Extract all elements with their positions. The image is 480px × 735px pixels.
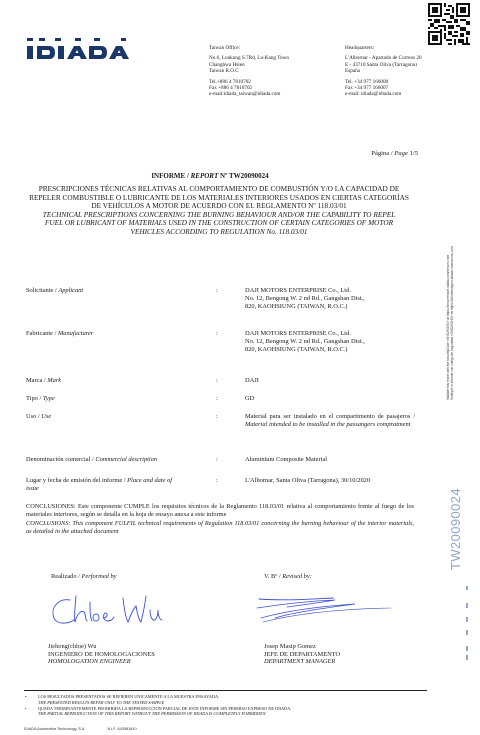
value-line: No. 12, Bengong W. 2 nd Rd., Gangshan Di…	[245, 295, 415, 303]
field-colon: :	[216, 477, 218, 485]
email-link[interactable]: e-mail: idiada@idiada.com	[345, 91, 422, 97]
field-label: Tipo / Type	[26, 395, 216, 403]
field-colon: :	[216, 456, 218, 464]
headquarters-label: Headquarters:	[345, 45, 422, 51]
signer-title-es: INGENIERO DE HOMOLOGACIONES	[48, 651, 155, 659]
bullet-icon: •	[25, 694, 27, 700]
performed-by-label: Realizado / Performed by	[51, 573, 117, 580]
value-line: 820, KAOHSIUNG (TAIWAN, R.O.C.)	[245, 303, 415, 311]
taiwan-office-address: No.6, Lunkung S.7Rd, Lu-Kang Town Changh…	[209, 55, 289, 74]
report-label-en: REPORT	[191, 172, 219, 180]
value-line: GD	[245, 395, 415, 403]
field-value: DAJI MOTORS ENTERPRISE Co., Ltd. No. 12,…	[245, 330, 415, 355]
field-label: Solicitante / Applicant	[26, 287, 216, 295]
taiwan-office-block: Taiwan Office: No.6, Lunkung S.7Rd, Lu-K…	[209, 45, 289, 98]
revised-by-person: Josep Masip Gomez JEFE DE DEPARTAMENTO D…	[264, 643, 340, 666]
label-es: Fabricante /	[26, 330, 58, 337]
side-idiada-logo	[448, 585, 468, 660]
label-en: Commercial description	[95, 456, 157, 463]
revised-signature-image	[255, 596, 395, 626]
prescriptions-en: TECHNICAL PRESCRIPTIONS CONCERNING THE B…	[20, 211, 418, 237]
address-line: No.6, Lunkung S.7Rd, Lu-Kang Town	[209, 55, 289, 61]
headquarters-block: Headquarters: L'Albornar - Apartado de C…	[345, 45, 422, 98]
performed-signature-image	[48, 590, 178, 630]
field-label: Lugar y fecha de emisión del informe / P…	[26, 477, 176, 493]
qr-code-icon[interactable]	[428, 3, 470, 45]
value-line: 820, KAOHSIUNG (TAIWAN, R.O.C.)	[245, 346, 415, 354]
value-line: DAJI	[245, 377, 415, 385]
field-value: Material para ser instalado en el compar…	[245, 413, 415, 429]
note-item: • QUEDA TERMINANTEMENTE PROHIBIDA LA REP…	[24, 706, 429, 718]
conclusions: CONCLUSIONES: Este componente CUMPLE los…	[26, 503, 414, 536]
signer-name: Jiehong(chloe) Wu	[48, 643, 155, 651]
field-label: Fabricante / Manufacturer	[26, 330, 216, 338]
page-label-es: Página /	[371, 150, 394, 157]
field-colon: :	[216, 287, 218, 295]
report-number: TW20090024	[229, 172, 269, 180]
field-value: DAJI	[245, 377, 415, 385]
footer-notes: • LOS RESULTADOS PRESENTADOS SE REFIEREN…	[24, 694, 429, 717]
label-es: Solicitante /	[26, 287, 58, 294]
value-line: DAJI MOTORS ENTERPRISE Co., Ltd.	[245, 287, 415, 295]
value-line: DAJI MOTORS ENTERPRISE Co., Ltd.	[245, 330, 415, 338]
field-label: Denominación comercial / Commercial desc…	[26, 456, 216, 464]
label-es: Realizado /	[51, 573, 82, 580]
value-en: Material intended to be installed in the…	[245, 421, 410, 428]
company-nif: N.I.F. A43581810	[108, 727, 137, 731]
email-link[interactable]: e-mail:idiada_taiwan@idiada.com	[209, 91, 289, 97]
field-value: DAJI MOTORS ENTERPRISE Co., Ltd. No. 12,…	[245, 287, 415, 312]
report-label-es: INFORME /	[151, 172, 190, 180]
field-value: L'Albornar, Santa Oliva (Tarragona), 30/…	[245, 477, 435, 485]
signer-title-es: JEFE DE DEPARTAMENTO	[264, 651, 340, 659]
field-colon: :	[216, 395, 218, 403]
label-en: Manufacturer	[58, 330, 93, 337]
headquarters-address: L'Albornar - Apartado de Correos 20 E - …	[345, 55, 422, 74]
side-verification-text: Validate this report with the securityCo…	[446, 160, 466, 400]
bullet-icon: •	[25, 706, 27, 712]
label-es: Tipo /	[26, 395, 43, 402]
verify-line-es[interactable]: Verifique el informe con código de segur…	[450, 160, 454, 400]
label-es: V. Bº /	[264, 573, 282, 580]
field-colon: :	[216, 413, 218, 421]
field-value: GD	[245, 395, 415, 403]
value-es: Material para ser instalado en el compar…	[245, 413, 415, 420]
performed-by-person: Jiehong(chloe) Wu INGENIERO DE HOMOLOGAC…	[48, 643, 155, 666]
label-en: Type	[43, 395, 55, 402]
label-en: Use	[41, 413, 51, 420]
signer-title-en: HOMOLOGATION ENGINEER	[48, 658, 155, 666]
company-name: IDIADA Automotive Technology, S.A.	[24, 727, 86, 731]
address-line: L'Albornar - Apartado de Correos 20	[345, 55, 422, 61]
taiwan-office-contact: Tel.+886 4 7810702 Fax +886 4 7810702 e-…	[209, 79, 289, 98]
field-label: Marca / Mark	[26, 377, 216, 385]
report-title: INFORME / REPORT Nº TW20090024	[0, 172, 420, 180]
label-en: Applicant	[58, 287, 83, 294]
value-line: No. 12, Bengong W. 2 nd Rd., Gangshan Di…	[245, 338, 415, 346]
label-en: Revised by:	[282, 573, 312, 580]
taiwan-office-label: Taiwan Office:	[209, 45, 289, 51]
address-line: España	[345, 68, 422, 74]
note-en: THE PARTIAL REPRODUCTION OF THIS REPORT …	[38, 711, 429, 717]
value-line: L'Albornar, Santa Oliva (Tarragona), 30/…	[245, 477, 435, 485]
headquarters-contact: Tel. +34 977 166000 Fax +34 977 166007 e…	[345, 79, 422, 98]
label-en: Performed by	[82, 573, 117, 580]
label-en: Mark	[47, 377, 61, 384]
field-label: Uso / Use	[26, 413, 216, 421]
address-line: Taiwan R.O.C	[209, 68, 289, 74]
page-label-en: Page	[394, 150, 408, 157]
value-line: Aluminium Composite Material	[245, 456, 415, 464]
label-es: Marca /	[26, 377, 47, 384]
conclusions-es: CONCLUSIONES: Este componente CUMPLE los…	[26, 503, 414, 520]
field-colon: :	[216, 330, 218, 338]
prescriptions-heading: PRESCRIPCIONES TÉCNICAS RELATIVAS AL COM…	[20, 185, 418, 237]
footer-divider	[24, 690, 427, 691]
revised-by-label: V. Bº / Revised by:	[264, 573, 312, 580]
prescriptions-es: PRESCRIPCIONES TÉCNICAS RELATIVAS AL COM…	[20, 185, 418, 211]
field-value: Aluminium Composite Material	[245, 456, 415, 464]
idiada-logo	[27, 36, 135, 62]
signer-title-en: DEPARTMENT MANAGER	[264, 658, 340, 666]
label-es: Lugar y fecha de emisión del informe /	[26, 477, 127, 484]
page-value: 1/5	[408, 150, 418, 157]
report-number-prefix: Nº	[218, 172, 229, 180]
conclusions-en: CONCLUSIONS: This component FULFIL techn…	[26, 520, 414, 537]
side-report-number: TW20090024	[446, 485, 466, 570]
label-es: Denominación comercial /	[26, 456, 95, 463]
label-es: Uso /	[26, 413, 41, 420]
company-info: IDIADA Automotive Technology, S.A.N.I.F.…	[24, 727, 159, 731]
side-report-number-text: TW20090024	[446, 485, 466, 570]
signer-name: Josep Masip Gomez	[264, 643, 340, 651]
field-colon: :	[216, 377, 218, 385]
page-number: Página / Page 1/5	[371, 150, 418, 157]
note-item: • LOS RESULTADOS PRESENTADOS SE REFIEREN…	[24, 694, 429, 706]
